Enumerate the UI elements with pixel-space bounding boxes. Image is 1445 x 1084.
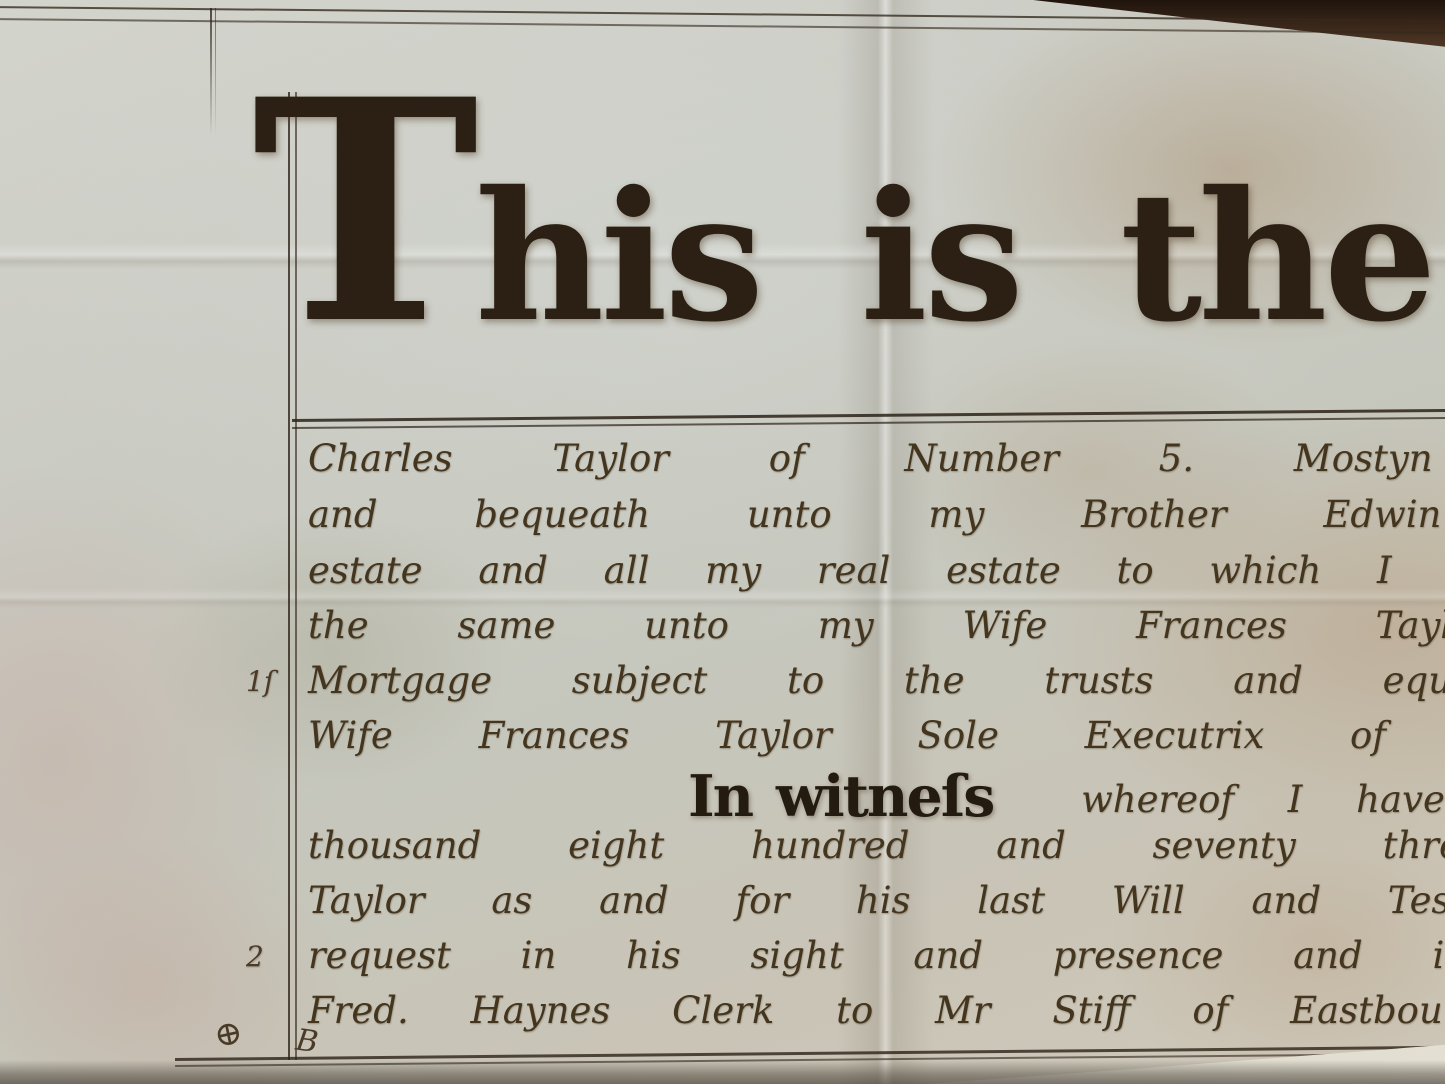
manuscript-line: Charles Taylor of Number 5. Mostyn Terr — [308, 440, 1445, 477]
manuscript-line: the same unto my Wife Frances Taylor abs… — [308, 607, 1445, 644]
top-left-ruled-border — [210, 8, 216, 136]
photograph-of-will-manuscript: This is the las Charles Taylor of Number… — [0, 0, 1445, 1084]
margin-annotation: 2 — [246, 943, 264, 971]
manuscript-line-text: whereof I have hereu — [1081, 778, 1445, 821]
manuscript-line: Taylor as and for his last Will and Test… — [308, 882, 1445, 919]
manuscript-line: estate and all my real estate to which I… — [308, 552, 1445, 589]
manuscript-line-text: request in his sight and presence and in… — [308, 934, 1445, 977]
in-witness-blackletter: In witneſs — [688, 763, 993, 830]
document-heading: This is the las — [252, 128, 1445, 386]
manuscript-line: In witneſs whereof I have hereu — [688, 768, 1445, 825]
page-edge-shadow — [0, 1060, 1445, 1084]
manuscript-line: and bequeath unto my Brother Edwin Taylo… — [308, 496, 1445, 533]
manuscript-line: 1ſ Mortgage subject to the trusts and eq… — [308, 662, 1445, 699]
flourish-initial-mark: B — [294, 1023, 321, 1061]
heading-separator-rule — [292, 409, 1445, 429]
manuscript-line: thousand eight hundred and seventy three… — [308, 827, 1445, 864]
margin-annotation: 1ſ — [246, 668, 274, 696]
manuscript-line: Fred. Haynes Clerk to Mr Stiff of Eastbo… — [308, 992, 1445, 1029]
circled-cross-mark: ⊕ — [210, 1011, 246, 1056]
manuscript-line: Wife Frances Taylor Sole Executrix of th… — [308, 717, 1445, 754]
manuscript-line-text: Mortgage subject to the trusts and equit… — [308, 659, 1445, 702]
manuscript-line: 2 request in his sight and presence and … — [308, 937, 1445, 974]
